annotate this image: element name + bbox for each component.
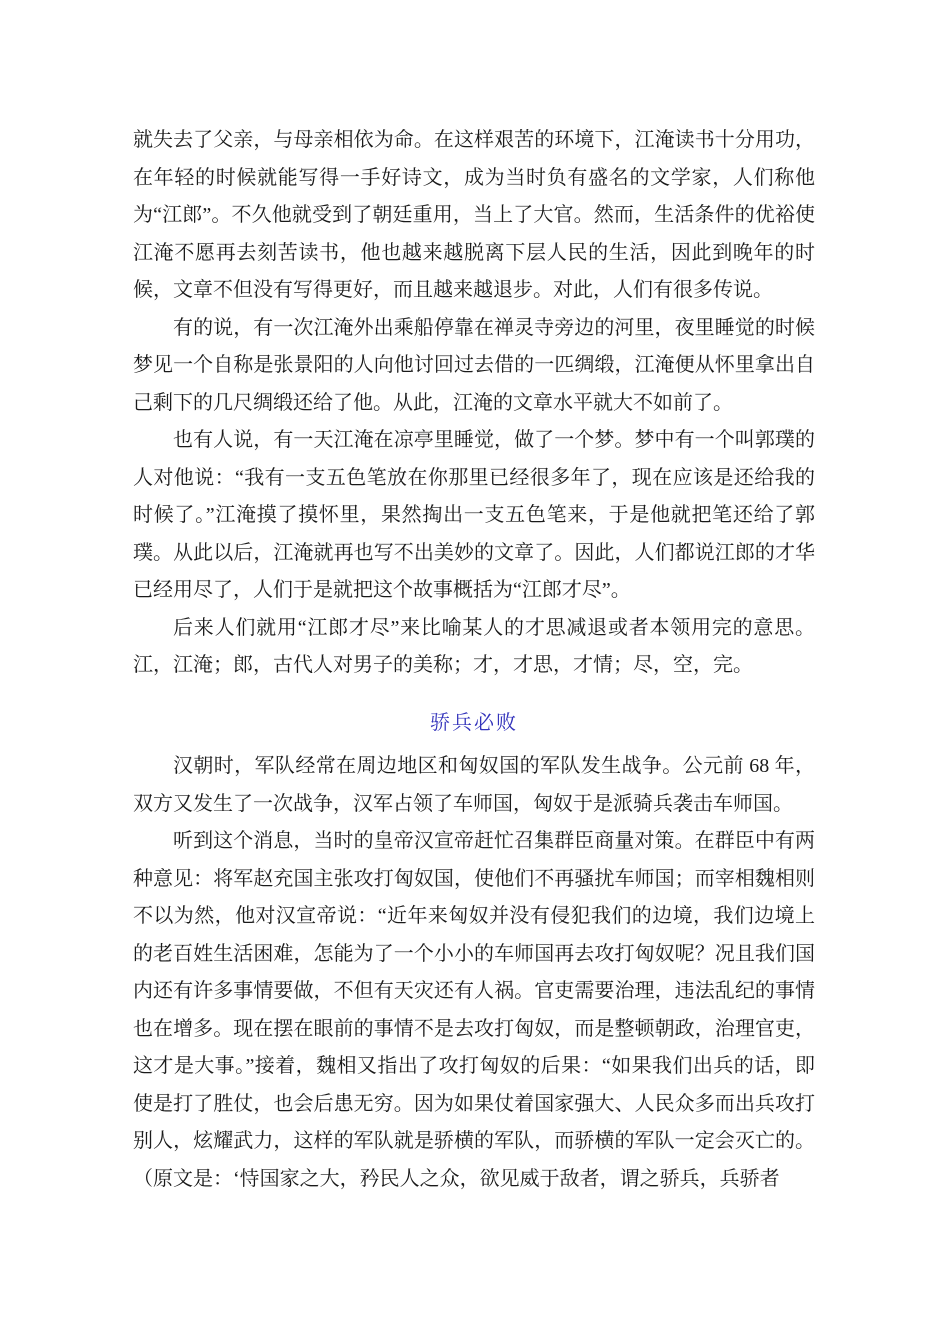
paragraph-jianglang-continuation: 就失去了父亲，与母亲相依为命。在这样艰苦的环境下，江淹读书十分用功，在年轻的时候…	[133, 122, 815, 310]
paragraph-jianglang-legend-2: 也有人说，有一天江淹在凉亭里睡觉，做了一个梦。梦中有一个叫郭璞的人对他说：“我有…	[133, 422, 815, 610]
paragraph-jianglang-meaning: 后来人们就用“江郎才尽”来比喻某人的才思减退或者本领用完的意思。江，江淹；郎，古…	[133, 610, 815, 685]
paragraph-jiaobing-intro: 汉朝时，军队经常在周边地区和匈奴国的军队发生战争。公元前 68 年，双方又发生了…	[133, 748, 815, 823]
text-content: 就失去了父亲，与母亲相依为命。在这样艰苦的环境下，江淹读书十分用功，在年轻的时候…	[133, 122, 815, 1198]
paragraph-jiaobing-court-debate: 听到这个消息，当时的皇帝汉宣帝赶忙召集群臣商量对策。在群臣中有两种意见：将军赵充…	[133, 823, 815, 1198]
paragraph-jianglang-legend-1: 有的说，有一次江淹外出乘船停靠在禅灵寺旁边的河里，夜里睡觉的时候梦见一个自称是张…	[133, 310, 815, 423]
section-title-jiaobing: 骄兵必败	[133, 705, 815, 743]
document-page: 就失去了父亲，与母亲相依为命。在这样艰苦的环境下，江淹读书十分用功，在年轻的时候…	[0, 0, 950, 1344]
